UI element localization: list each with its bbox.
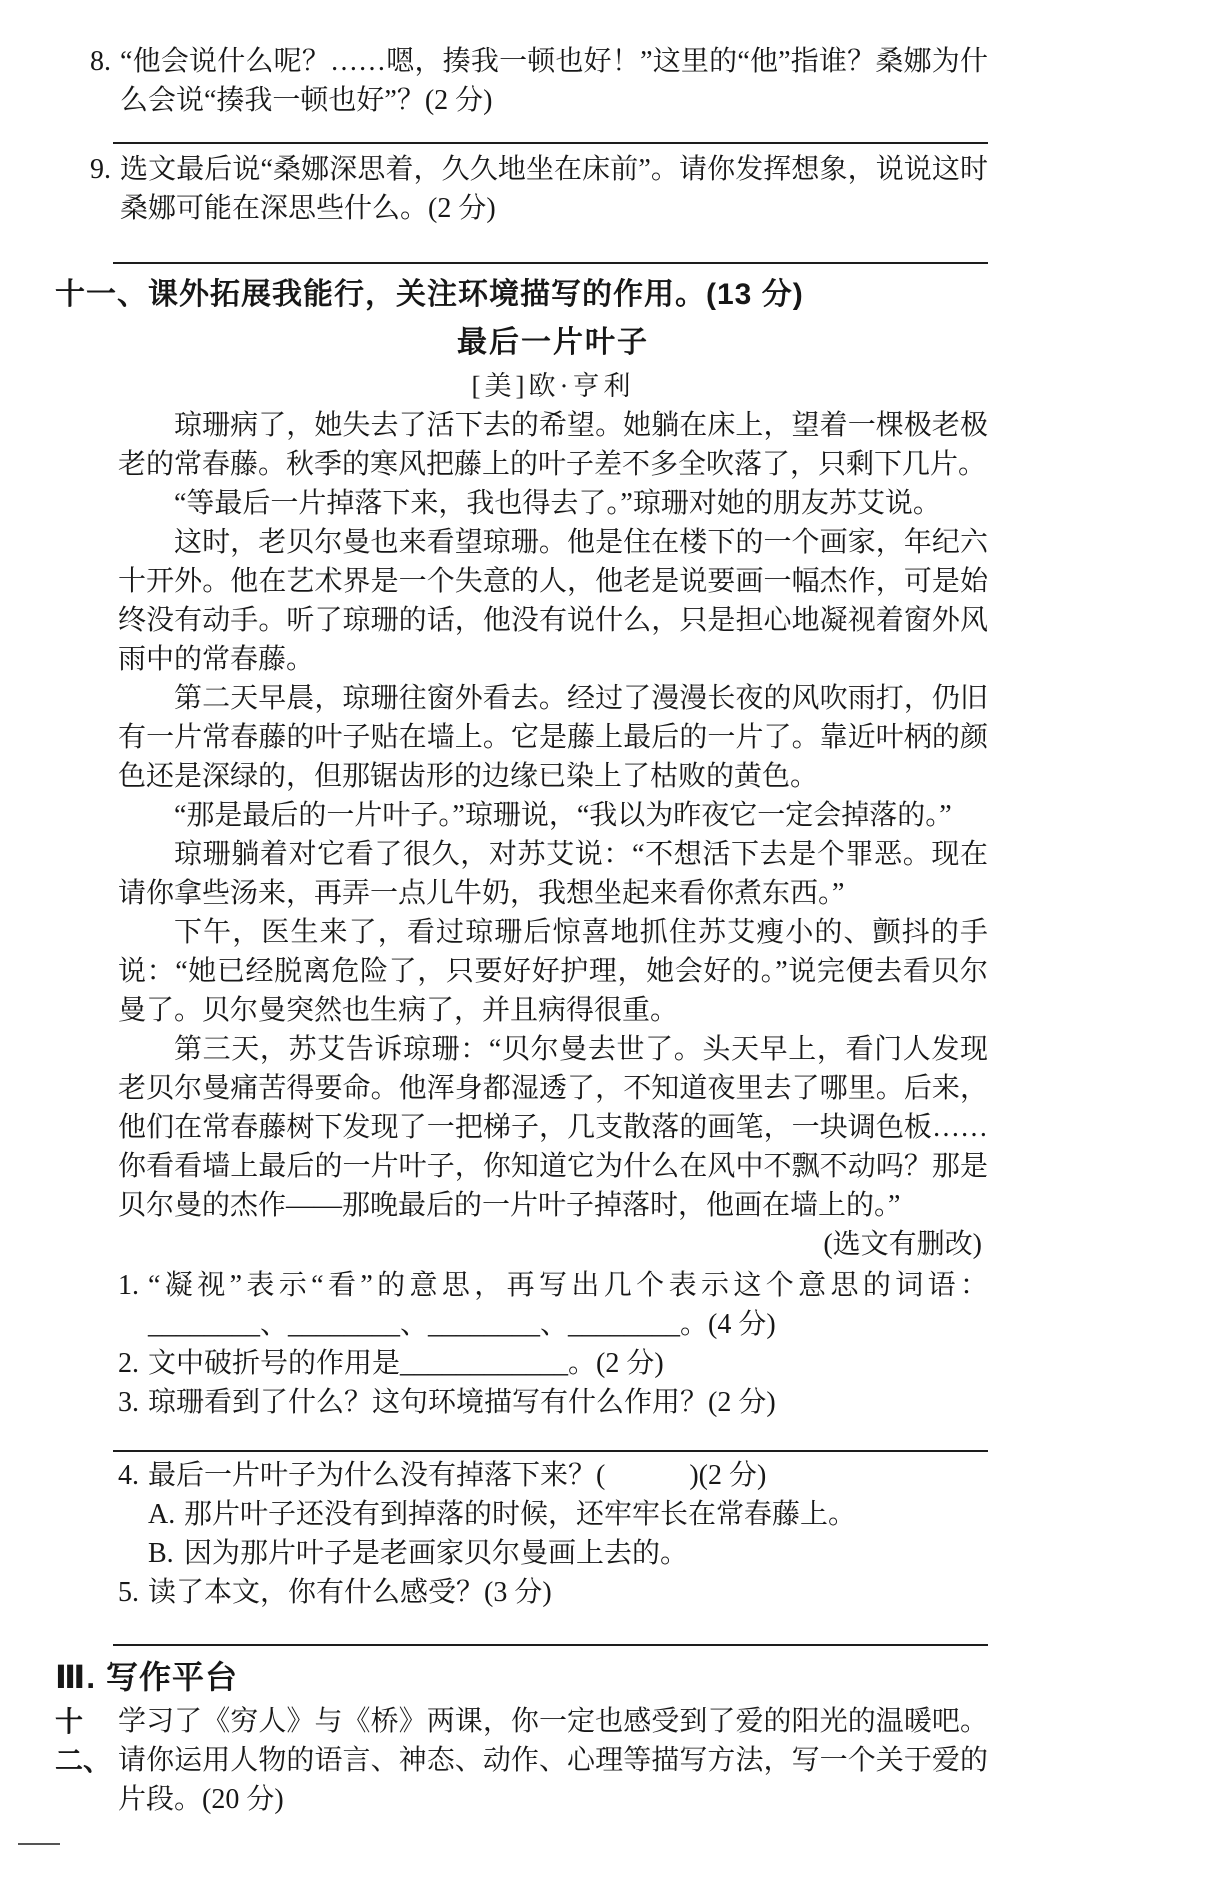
exam-page: 8. “他会说什么呢？……嗯，揍我一顿也好！”这里的“他”指谁？桑娜为什么会说“… [0,0,1212,1899]
question-5-number: 5. [118,1573,148,1612]
passage-questions: 1. “凝视”表示“看”的意思，再写出几个表示这个意思的词语：________、… [118,1266,988,1422]
answer-line [113,142,988,144]
passage-paragraph-4: 第二天早晨，琼珊往窗外看去。经过了漫漫长夜的风吹雨打，仍旧有一片常春藤的叶子贴在… [118,679,988,796]
question-8-number: 8. [90,42,120,81]
question-3: 3. 琼珊看到了什么？这句环境描写有什么作用？(2 分) [118,1383,988,1422]
option-a-text: 那片叶子还没有到掉落的时候，还牢牢长在常春藤上。 [184,1495,856,1534]
passage-paragraph-5: “那是最后的一片叶子。”琼珊说，“我以为昨夜它一定会掉落的。” [118,796,988,835]
section-11-heading: 十一、课外拓展我能行，关注环境描写的作用。(13 分) [55,274,988,316]
passage-attribution: (选文有删改) [118,1225,988,1264]
option-b-label: B. [148,1534,184,1573]
question-3-number: 3. [118,1383,148,1422]
question-4-text: 最后一片叶子为什么没有掉落下来？( )(2 分) [148,1456,988,1495]
question-12-number: 十二、 [55,1702,118,1819]
page-corner-mark [18,1843,60,1845]
answer-line [113,1450,988,1452]
question-5: 5. 读了本文，你有什么感受？(3 分) [118,1573,988,1612]
answer-line [113,1644,988,1646]
section-3-heading: Ⅲ. 写作平台 [55,1654,988,1700]
reading-passage: 最后一片叶子 [美]欧·亨利 琼珊病了，她失去了活下去的希望。她躺在床上，望着一… [118,320,988,1264]
question-3-text: 琼珊看到了什么？这句环境描写有什么作用？(2 分) [148,1383,988,1422]
question-9-text: 选文最后说“桑娜深思着，久久地坐在床前”。请你发挥想象，说说这时桑娜可能在深思些… [120,150,988,228]
option-b-text: 因为那片叶子是老画家贝尔曼画上去的。 [184,1534,688,1573]
exam-content: 8. “他会说什么呢？……嗯，揍我一顿也好！”这里的“他”指谁？桑娜为什么会说“… [0,0,1212,1819]
question-8-text: “他会说什么呢？……嗯，揍我一顿也好！”这里的“他”指谁？桑娜为什么会说“揍我一… [120,42,988,120]
passage-paragraph-2: “等最后一片掉落下来，我也得去了。”琼珊对她的朋友苏艾说。 [118,484,988,523]
question-9-number: 9. [90,150,120,189]
passage-paragraph-6: 琼珊躺着对它看了很久，对苏艾说：“不想活下去是个罪恶。现在请你拿些汤来，再弄一点… [118,835,988,913]
question-12-text: 学习了《穷人》与《桥》两课，你一定也感受到了爱的阳光的温暖吧。请你运用人物的语言… [118,1702,988,1819]
question-2-text: 文中破折号的作用是____________。(2 分) [148,1344,988,1383]
passage-questions-choice: 4. 最后一片叶子为什么没有掉落下来？( )(2 分) A. 那片叶子还没有到掉… [118,1456,988,1612]
question-2: 2. 文中破折号的作用是____________。(2 分) [118,1344,988,1383]
option-a-label: A. [148,1495,184,1534]
passage-paragraph-7: 下午，医生来了，看过琼珊后惊喜地抓住苏艾瘦小的、颤抖的手说：“她已经脱离危险了，… [118,913,988,1030]
passage-paragraph-8: 第三天，苏艾告诉琼珊：“贝尔曼去世了。头天早上，看门人发现老贝尔曼痛苦得要命。他… [118,1030,988,1225]
question-4: 4. 最后一片叶子为什么没有掉落下来？( )(2 分) [118,1456,988,1495]
passage-title: 最后一片叶子 [118,320,988,366]
question-5-text: 读了本文，你有什么感受？(3 分) [148,1573,988,1612]
passage-paragraph-1: 琼珊病了，她失去了活下去的希望。她躺在床上，望着一棵极老极老的常春藤。秋季的寒风… [118,406,988,484]
question-1: 1. “凝视”表示“看”的意思，再写出几个表示这个意思的词语：________、… [118,1266,988,1344]
question-1-text: “凝视”表示“看”的意思，再写出几个表示这个意思的词语：________、___… [148,1266,988,1344]
passage-author: [美]欧·亨利 [118,366,988,406]
answer-line [113,262,988,264]
question-4-option-b: B. 因为那片叶子是老画家贝尔曼画上去的。 [118,1534,988,1573]
question-8: 8. “他会说什么呢？……嗯，揍我一顿也好！”这里的“他”指谁？桑娜为什么会说“… [55,42,988,120]
question-4-number: 4. [118,1456,148,1495]
question-4-option-a: A. 那片叶子还没有到掉落的时候，还牢牢长在常春藤上。 [118,1495,988,1534]
question-9: 9. 选文最后说“桑娜深思着，久久地坐在床前”。请你发挥想象，说说这时桑娜可能在… [55,150,988,228]
question-1-number: 1. [118,1266,148,1305]
question-2-number: 2. [118,1344,148,1383]
passage-paragraph-3: 这时，老贝尔曼也来看望琼珊。他是住在楼下的一个画家，年纪六十开外。他在艺术界是一… [118,523,988,679]
question-12: 十二、 学习了《穷人》与《桥》两课，你一定也感受到了爱的阳光的温暖吧。请你运用人… [55,1702,988,1819]
